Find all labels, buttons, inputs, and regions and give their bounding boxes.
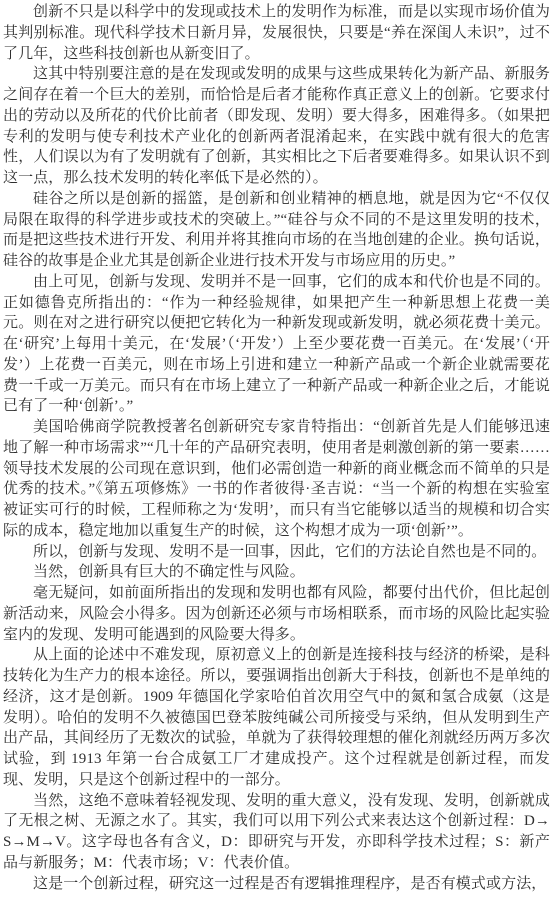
paragraph-4: 由上可见，创新与发现、发明并不是一回事，它们的成本和代价也是不同的。正如德鲁克所… [3,272,550,417]
paragraph-7: 当然，创新具有巨大的不确定性与风险。 [3,562,550,583]
paragraph-5: 美国哈佛商学院教授著名创新研究专家肯特指出：“创新首先是人们能够迅速地了解一种市… [3,417,550,542]
paragraph-8: 毫无疑问，如前面所指出的发现和发明也都有风险，都要付出代价，但比起创新活动来，风… [3,583,550,645]
paragraph-3: 硅谷之所以是创新的摇篮，是创新和创业精神的栖息地，就是因为它“不仅仅局限在取得的… [3,189,550,272]
paragraph-2: 这其中特别要注意的是在发现或发明的成果与这些成果转化为新产品、新服务之间存在着一… [3,64,550,189]
document-page: 创新不只是以科学中的发现或技术上的发明作为标准，而是以实现市场价值为其判别标准。… [0,0,554,913]
paragraph-6: 所以，创新与发现、发明不是一回事，因此，它们的方法论自然也是不同的。 [3,542,550,563]
paragraph-1: 创新不只是以科学中的发现或技术上的发明作为标准，而是以实现市场价值为其判别标准。… [3,2,550,64]
paragraph-9: 从上面的论述中不难发现，原初意义上的创新是连接科技与经济的桥梁，是科技转化为生产… [3,645,550,790]
paragraph-10: 当然，这绝不意味着轻视发现、发明的重大意义，没有发现、发明，创新就成了无根之树、… [3,791,550,874]
paragraph-11: 这是一个创新过程，研究这一过程是否有逻辑推理程序，是否有模式或方法， [3,874,550,895]
